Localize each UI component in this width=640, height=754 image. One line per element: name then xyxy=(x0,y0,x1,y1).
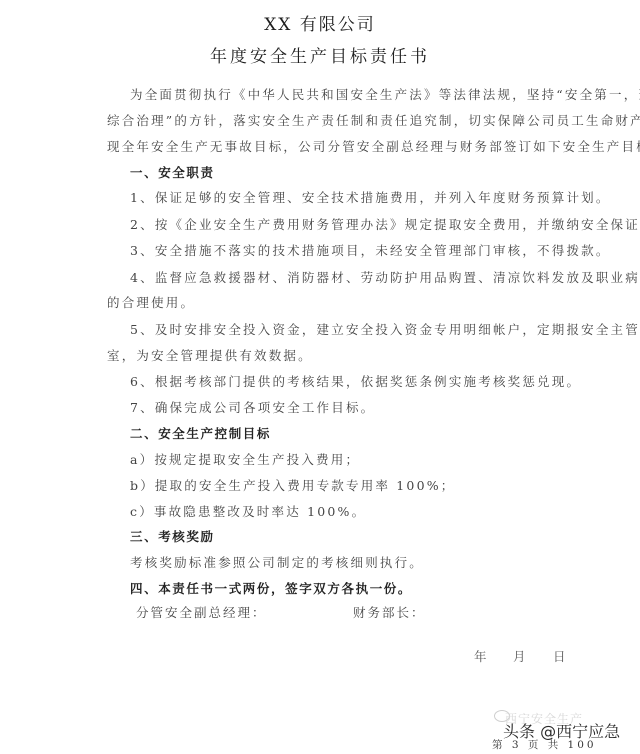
section-1-item-6: 6、根据考核部门提供的考核结果，依据奖惩条例实施考核奖惩兑现。 xyxy=(130,374,600,390)
section-1-item-1: 1、保证足够的安全管理、安全技术措施费用，并列入年度财务预算计划。 xyxy=(130,190,600,206)
section-1-heading: 一、安全职责 xyxy=(130,165,600,181)
date-month: 月 xyxy=(513,647,526,665)
company-title: XX 有限公司 xyxy=(0,10,640,35)
signature-deputy-gm: 分管安全副总经理： xyxy=(136,603,267,621)
section-1-item-3: 3、安全措施不落实的技术措施项目，未经安全管理部门审核，不得拨款。 xyxy=(130,243,600,259)
section-4-heading: 四、本责任书一式两份，签字双方各执一份。 xyxy=(130,581,600,597)
section-1-item-7: 7、确保完成公司各项安全工作目标。 xyxy=(130,400,600,416)
page-number: 第 3 页 共 100 xyxy=(492,737,597,752)
signature-finance-head: 财务部长： xyxy=(353,603,426,621)
section-1-item-4-cont: 的合理使用。 xyxy=(107,295,577,311)
intro-line-1: 为全面贯彻执行《中华人民共和国安全生产法》等法律法规，坚持“安全第一，预防为主， xyxy=(130,87,600,103)
section-2-item-b: b）提取的安全生产投入费用专款专用率 100%； xyxy=(130,478,600,494)
document-title: 年度安全生产目标责任书 xyxy=(0,42,640,67)
section-2-heading: 二、安全生产控制目标 xyxy=(130,426,600,442)
section-1-item-2: 2、按《企业安全生产费用财务管理办法》规定提取安全费用，并缴纳安全保证金。 xyxy=(130,217,600,233)
section-1-item-5: 5、及时安排安全投入资金，建立安全投入资金专用明细帐户，定期报安全主管部门办公 xyxy=(130,322,600,338)
section-1-item-5-cont: 室，为安全管理提供有效数据。 xyxy=(107,348,577,364)
section-2-item-c: c）事故隐患整改及时率达 100%。 xyxy=(130,504,600,520)
section-1-item-4: 4、监督应急救援器材、消防器材、劳动防护用品购置、清凉饮料发放及职业病防治费用 xyxy=(130,270,600,286)
intro-line-2: 综合治理”的方针，落实安全生产责任制和责任追究制，切实保障公司员工生命财产安全，… xyxy=(107,113,577,129)
section-3-body: 考核奖励标准参照公司制定的考核细则执行。 xyxy=(130,555,600,571)
section-3-heading: 三、考核奖励 xyxy=(130,529,600,545)
date-year: 年 xyxy=(474,647,487,665)
section-2-item-a: a）按规定提取安全生产投入费用； xyxy=(130,452,600,468)
intro-line-3: 现全年安全生产无事故目标，公司分管安全副总经理与财务部签订如下安全生产目标责任书… xyxy=(107,139,577,155)
date-day: 日 xyxy=(553,647,566,665)
document-page: XX 有限公司 年度安全生产目标责任书 为全面贯彻执行《中华人民共和国安全生产法… xyxy=(0,0,640,754)
